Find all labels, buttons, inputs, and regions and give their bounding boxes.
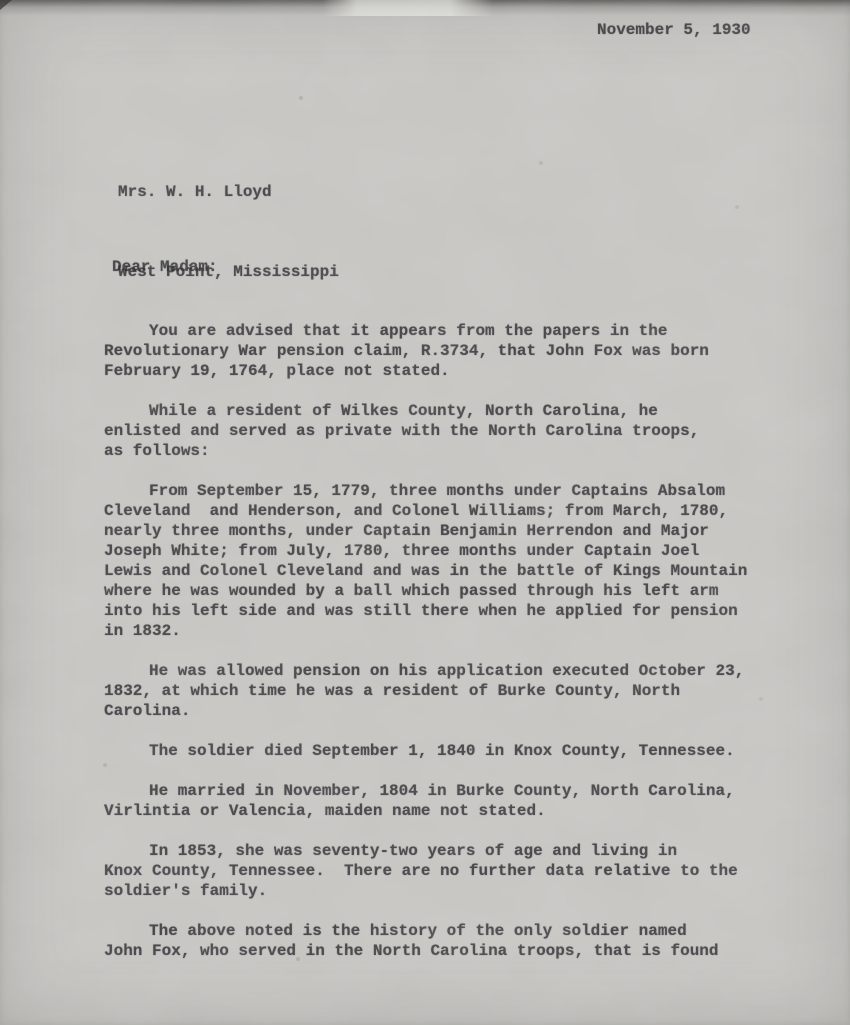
letter-date: November 5, 1930 <box>597 20 751 40</box>
paragraph-line: where he was wounded by a ball which pas… <box>104 581 804 601</box>
recipient-block: Mrs. W. H. Lloyd West Point, Mississippi <box>118 142 339 322</box>
paragraph: The soldier died September 1, 1840 in Kn… <box>104 741 804 761</box>
paragraph-line: Virlintia or Valencia, maiden name not s… <box>104 801 804 821</box>
paragraph: While a resident of Wilkes County, North… <box>104 401 804 461</box>
paragraph-line: in 1832. <box>104 621 804 641</box>
paragraph-line: as follows: <box>104 441 804 461</box>
paragraph-line: into his left side and was still there w… <box>104 601 804 621</box>
paragraph-line: He was allowed pension on his applicatio… <box>104 661 804 681</box>
paragraph-line: Knox County, Tennessee. There are no fur… <box>104 861 804 881</box>
paragraph: The above noted is the history of the on… <box>104 921 804 961</box>
recipient-name: Mrs. W. H. Lloyd <box>118 182 339 202</box>
paragraph-line: The soldier died September 1, 1840 in Kn… <box>104 741 804 761</box>
paragraph: In 1853, she was seventy-two years of ag… <box>104 841 804 901</box>
scan-edge-shadow <box>0 0 850 16</box>
paragraph-line: The above noted is the history of the on… <box>104 921 804 941</box>
paragraph-line: John Fox, who served in the North Caroli… <box>104 941 804 961</box>
paragraph-line: nearly three months, under Captain Benja… <box>104 521 804 541</box>
paragraph: He married in November, 1804 in Burke Co… <box>104 781 804 821</box>
salutation: Dear Madam: <box>112 257 218 277</box>
paragraph: You are advised that it appears from the… <box>104 321 804 381</box>
paragraph-line: From September 15, 1779, three months un… <box>104 481 804 501</box>
paragraph-line: You are advised that it appears from the… <box>104 321 804 341</box>
paragraph-line: Cleveland and Henderson, and Colonel Wil… <box>104 501 804 521</box>
paper-specks <box>0 0 2 2</box>
scan-corner-artifact <box>0 0 12 10</box>
paragraph-line: In 1853, she was seventy-two years of ag… <box>104 841 804 861</box>
paragraph-line: soldier's family. <box>104 881 804 901</box>
paragraph-line: Joseph White; from July, 1780, three mon… <box>104 541 804 561</box>
paragraph-line: While a resident of Wilkes County, North… <box>104 401 804 421</box>
paragraph-line: He married in November, 1804 in Burke Co… <box>104 781 804 801</box>
paragraph-line: enlisted and served as private with the … <box>104 421 804 441</box>
paragraph-line: Revolutionary War pension claim, R.3734,… <box>104 341 804 361</box>
letter-page: November 5, 1930 Mrs. W. H. Lloyd West P… <box>0 0 850 1025</box>
paragraph: From September 15, 1779, three months un… <box>104 481 804 641</box>
paragraph: He was allowed pension on his applicatio… <box>104 661 804 721</box>
paragraph-line: 1832, at which time he was a resident of… <box>104 681 804 701</box>
paragraph-line: Carolina. <box>104 701 804 721</box>
paragraph-line: Lewis and Colonel Cleveland and was in t… <box>104 561 804 581</box>
letter-body: You are advised that it appears from the… <box>104 321 804 981</box>
paragraph-line: February 19, 1764, place not stated. <box>104 361 804 381</box>
